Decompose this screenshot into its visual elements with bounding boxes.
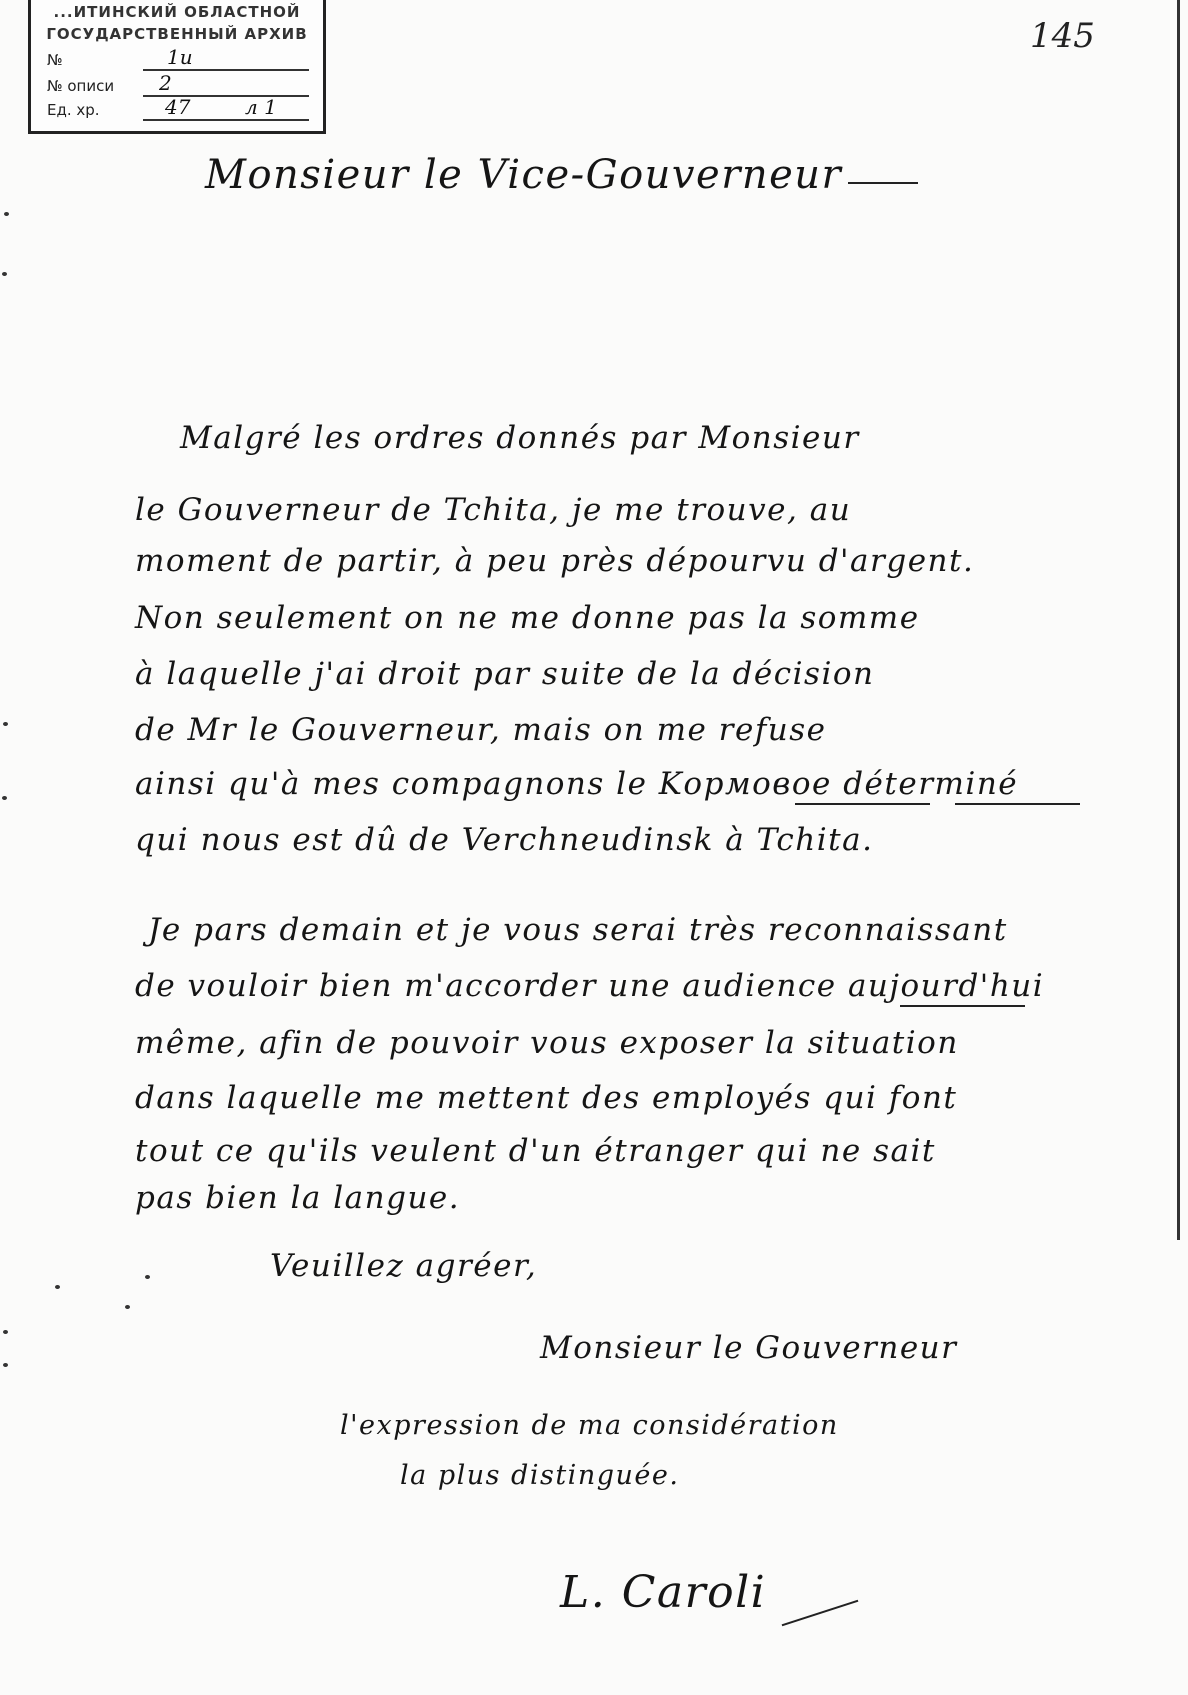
letter-line-text: ainsi qu'à mes compagnons le Kормовое dé… bbox=[135, 766, 1018, 802]
stamp-underline bbox=[143, 119, 309, 121]
signature: L. Caroli bbox=[560, 1567, 766, 1618]
underline-stroke bbox=[795, 803, 930, 805]
margin-mark bbox=[55, 1285, 60, 1289]
letter-line: Non seulement on ne me donne pas la somm… bbox=[135, 600, 920, 636]
stamp-value-item: 47 bbox=[165, 95, 190, 119]
margin-mark bbox=[2, 796, 7, 800]
scanned-letter-page: ...ИТИНСКИЙ ОБЛАСТНОЙ ГОСУДАРСТВЕННЫЙ АР… bbox=[0, 0, 1188, 1695]
underline-stroke bbox=[900, 1005, 1025, 1007]
stamp-row-fond: № 1и bbox=[47, 47, 309, 71]
stamp-label-opis: № описи bbox=[47, 77, 114, 95]
letter-salutation: Monsieur le Vice-Gouverneur bbox=[205, 152, 842, 198]
stamp-row-opis: № описи 2 bbox=[47, 73, 309, 97]
letter-line: à laquelle j'ai droit par suite de la dé… bbox=[135, 656, 875, 692]
margin-mark bbox=[145, 1275, 150, 1279]
signature-flourish bbox=[782, 1600, 859, 1627]
page-edge-border bbox=[1177, 0, 1180, 1240]
stamp-value-opis: 2 bbox=[159, 71, 172, 95]
letter-line: le Gouverneur de Tchita, je me trouve, a… bbox=[135, 492, 851, 528]
letter-line: moment de partir, à peu près dépourvu d'… bbox=[135, 543, 974, 579]
letter-line: pas bien la langue. bbox=[135, 1180, 460, 1216]
stamp-value-sheet: л 1 bbox=[245, 95, 277, 119]
margin-mark bbox=[2, 272, 7, 276]
closing-line: l'expression de ma considération bbox=[340, 1410, 839, 1441]
letter-line: de vouloir bien m'accorder une audience … bbox=[135, 968, 1044, 1004]
stamp-row-item: Ед. хр. 47 л 1 bbox=[47, 97, 309, 121]
stamp-label-item: Ед. хр. bbox=[47, 101, 100, 119]
margin-mark bbox=[3, 722, 8, 726]
margin-mark bbox=[3, 1330, 8, 1334]
stamp-header-line1: ...ИТИНСКИЙ ОБЛАСТНОЙ bbox=[31, 3, 323, 21]
underline-stroke bbox=[955, 803, 1080, 805]
letter-line: même, afin de pouvoir vous exposer la si… bbox=[135, 1025, 959, 1061]
margin-mark bbox=[125, 1305, 130, 1309]
stamp-value-fond: 1и bbox=[167, 45, 193, 69]
letter-line: Malgré les ordres donnés par Monsieur bbox=[180, 420, 860, 456]
stamp-header-line2: ГОСУДАРСТВЕННЫЙ АРХИВ bbox=[31, 25, 323, 43]
letter-line: Je pars demain et je vous serai très rec… bbox=[148, 912, 1008, 948]
margin-mark bbox=[3, 1363, 8, 1367]
margin-mark bbox=[4, 212, 9, 216]
stamp-label-fond: № bbox=[47, 51, 63, 69]
closing-line: la plus distinguée. bbox=[400, 1460, 679, 1491]
closing-line: Monsieur le Gouverneur bbox=[540, 1330, 957, 1366]
letter-line: de Mr le Gouverneur, mais on me refuse bbox=[135, 712, 827, 748]
letter-line: tout ce qu'ils veulent d'un étranger qui… bbox=[135, 1133, 936, 1169]
closing-line: Veuillez agréer, bbox=[270, 1248, 537, 1284]
letter-line: ainsi qu'à mes compagnons le Kормовое dé… bbox=[135, 766, 1018, 802]
folio-number: 145 bbox=[1030, 16, 1095, 56]
archive-stamp: ...ИТИНСКИЙ ОБЛАСТНОЙ ГОСУДАРСТВЕННЫЙ АР… bbox=[28, 0, 326, 134]
letter-line: dans laquelle me mettent des employés qu… bbox=[135, 1080, 957, 1116]
letter-line: qui nous est dû de Verchneudinsk à Tchit… bbox=[135, 822, 873, 858]
